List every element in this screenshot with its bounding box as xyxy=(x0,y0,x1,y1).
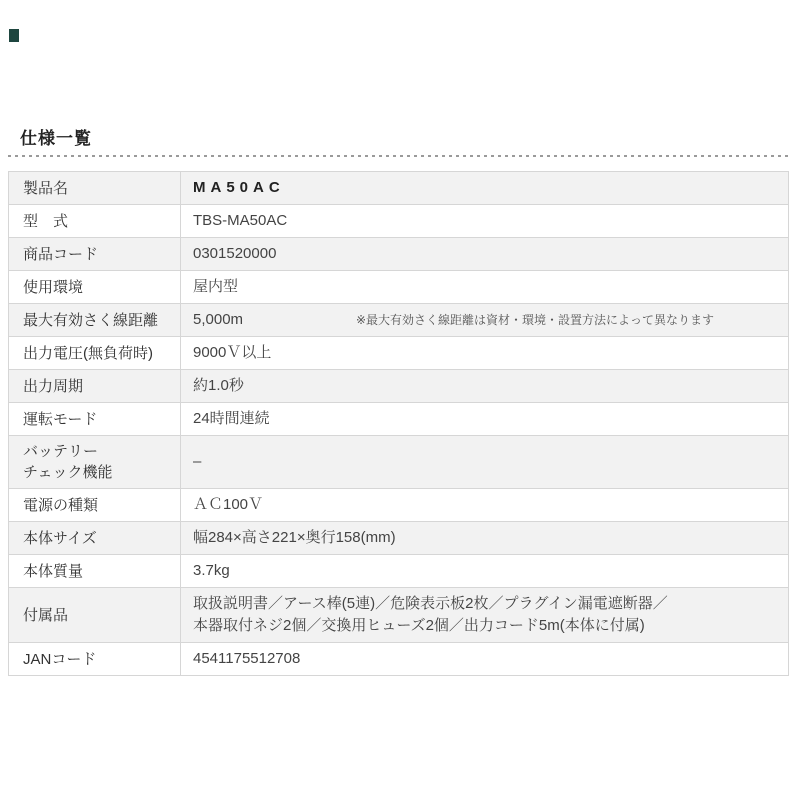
spec-value: ＡＣ100Ｖ xyxy=(193,494,780,516)
spec-label: 型 式 xyxy=(9,205,181,237)
table-row: 電源の種類ＡＣ100Ｖ xyxy=(9,489,788,522)
spec-value: 9000Ｖ以上 xyxy=(193,342,780,364)
table-row: 使用環境屋内型 xyxy=(9,271,788,304)
table-row: バッテリーチェック機能– xyxy=(9,436,788,489)
spec-value: 屋内型 xyxy=(193,276,780,298)
table-row: 出力電圧(無負荷時)9000Ｖ以上 xyxy=(9,337,788,370)
table-row: 本体質量3.7kg xyxy=(9,555,788,588)
spec-value-cell: MA50AC xyxy=(181,172,788,204)
section-divider xyxy=(8,155,792,157)
spec-label: 出力電圧(無負荷時) xyxy=(9,337,181,369)
spec-label: JANコード xyxy=(9,643,181,675)
spec-value: MA50AC xyxy=(193,177,780,199)
spec-value-cell: 3.7kg xyxy=(181,555,788,587)
spec-label: 電源の種類 xyxy=(9,489,181,521)
spec-label: 出力周期 xyxy=(9,370,181,402)
spec-label: 使用環境 xyxy=(9,271,181,303)
spec-value: – xyxy=(193,451,780,473)
spec-value-cell: 幅284×高さ221×奥行158(mm) xyxy=(181,522,788,554)
spec-label: バッテリーチェック機能 xyxy=(9,436,181,488)
page-title: 仕様一覧 xyxy=(20,124,92,149)
spec-value-cell: 9000Ｖ以上 xyxy=(181,337,788,369)
table-row: 出力周期約1.0秒 xyxy=(9,370,788,403)
spec-label: 製品名 xyxy=(9,172,181,204)
table-row: 製品名MA50AC xyxy=(9,172,788,205)
spec-value-cell: 取扱説明書／アース棒(5連)／危険表示板2枚／プラグイン漏電遮断器／本器取付ネジ… xyxy=(181,588,788,642)
spec-note: ※最大有効さく線距離は資材・環境・設置方法によって異なります xyxy=(356,309,714,331)
spec-value: 約1.0秒 xyxy=(193,375,780,397)
spec-value: 取扱説明書／アース棒(5連)／危険表示板2枚／プラグイン漏電遮断器／本器取付ネジ… xyxy=(193,593,780,637)
spec-value-cell: 屋内型 xyxy=(181,271,788,303)
spec-label: 付属品 xyxy=(9,588,181,642)
spec-label: 商品コード xyxy=(9,238,181,270)
spec-value-cell: 5,000m※最大有効さく線距離は資材・環境・設置方法によって異なります xyxy=(181,304,788,336)
spec-value: 幅284×高さ221×奥行158(mm) xyxy=(193,527,780,549)
spec-value-cell: – xyxy=(181,436,788,488)
table-row: 運転モード24時間連続 xyxy=(9,403,788,436)
spec-value: TBS-MA50AC xyxy=(193,210,780,232)
spec-value-cell: TBS-MA50AC xyxy=(181,205,788,237)
spec-value: 4541175512708 xyxy=(193,648,780,670)
table-row: 本体サイズ幅284×高さ221×奥行158(mm) xyxy=(9,522,788,555)
spec-value-cell: 4541175512708 xyxy=(181,643,788,675)
spec-value-cell: 0301520000 xyxy=(181,238,788,270)
spec-table: 製品名MA50AC型 式TBS-MA50AC商品コード0301520000使用環… xyxy=(8,171,789,676)
spec-value-cell: ＡＣ100Ｖ xyxy=(181,489,788,521)
spec-value-cell: 約1.0秒 xyxy=(181,370,788,402)
corner-marker xyxy=(9,29,19,42)
table-row: JANコード4541175512708 xyxy=(9,643,788,676)
spec-value-cell: 24時間連続 xyxy=(181,403,788,435)
table-row: 最大有効さく線距離5,000m※最大有効さく線距離は資材・環境・設置方法によって… xyxy=(9,304,788,337)
spec-label: 本体サイズ xyxy=(9,522,181,554)
table-row: 付属品取扱説明書／アース棒(5連)／危険表示板2枚／プラグイン漏電遮断器／本器取… xyxy=(9,588,788,643)
spec-label: 本体質量 xyxy=(9,555,181,587)
spec-value: 0301520000 xyxy=(193,243,780,265)
table-row: 型 式TBS-MA50AC xyxy=(9,205,788,238)
spec-label: 最大有効さく線距離 xyxy=(9,304,181,336)
spec-value: 24時間連続 xyxy=(193,408,780,430)
spec-label: 運転モード xyxy=(9,403,181,435)
spec-value: 3.7kg xyxy=(193,560,780,582)
table-row: 商品コード0301520000 xyxy=(9,238,788,271)
